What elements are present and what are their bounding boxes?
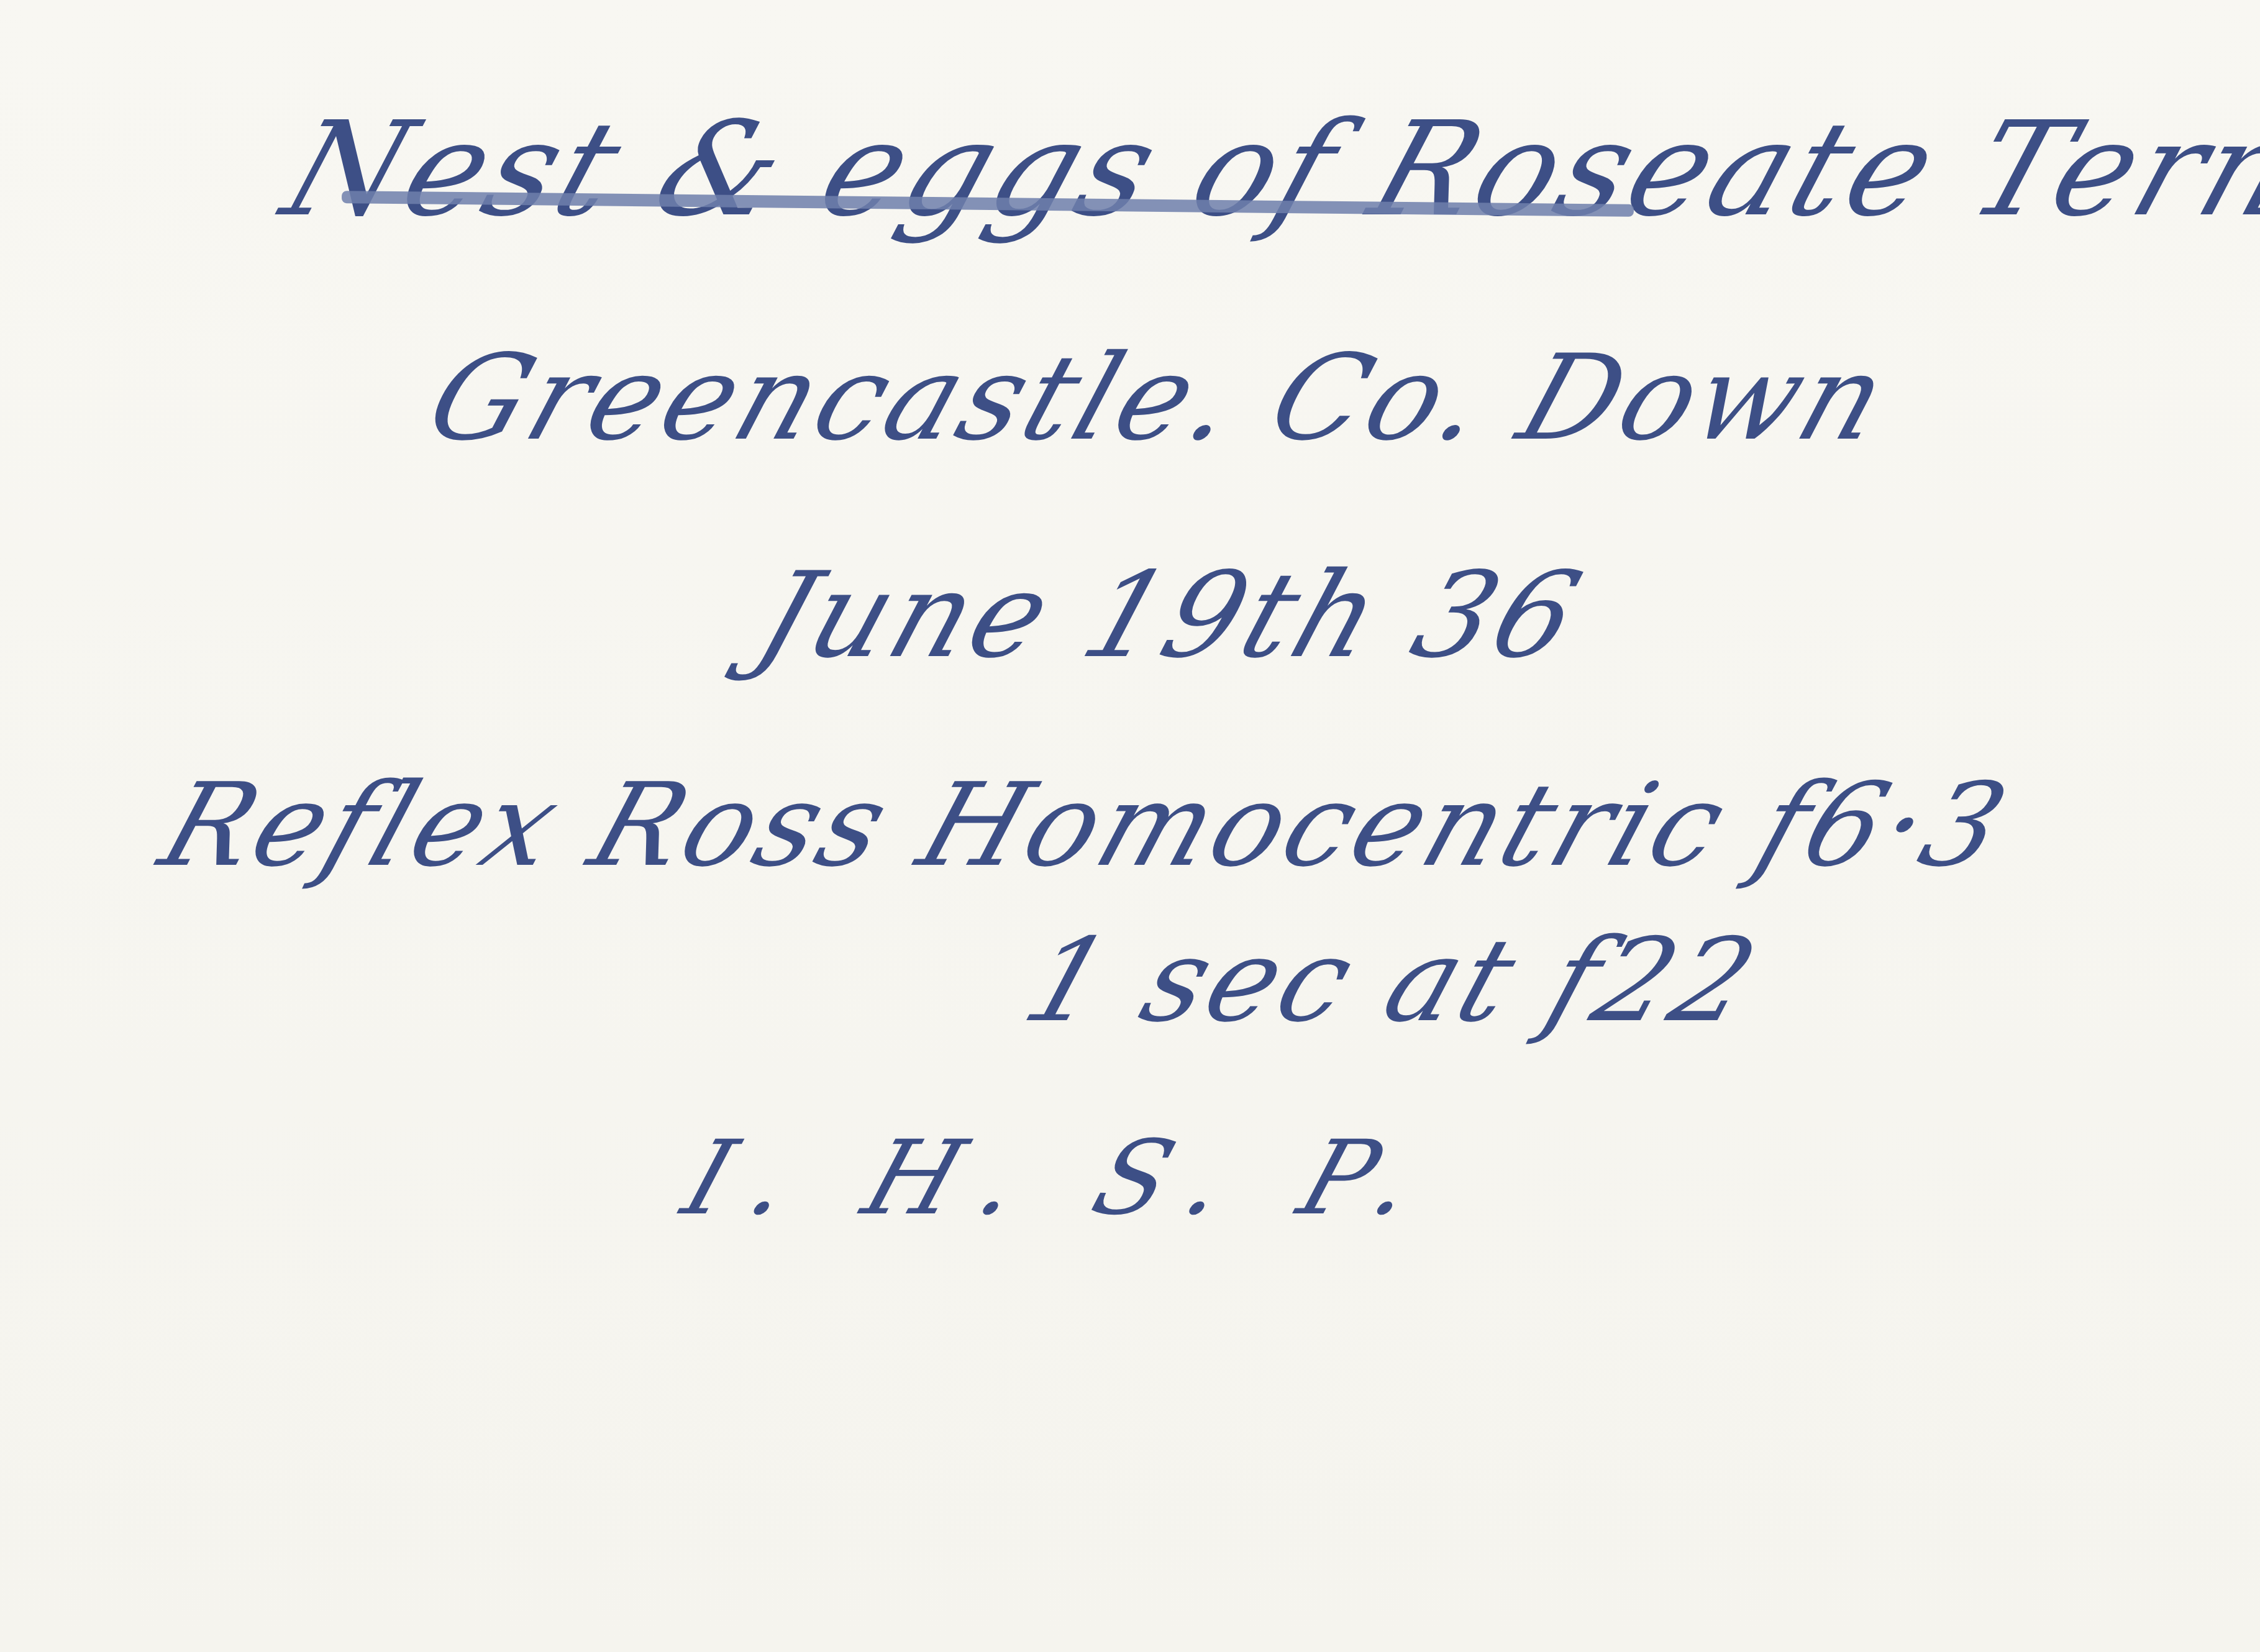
initials-signature: I. H. S. P. <box>670 1118 1455 1238</box>
exposure-line: 1 sec at f22 <box>1009 913 1775 1047</box>
camera-line: Reflex Ross Homocentric f6·3 <box>146 758 2025 892</box>
caption-card: Nest & eggs of Roseate Tern. Greencastle… <box>0 0 2260 1652</box>
title-line: Nest & eggs of Roseate Tern. <box>267 93 2260 245</box>
date-line: June 19th 36 <box>742 547 1599 684</box>
location-line: Greencastle. Co. Down <box>412 329 1906 467</box>
